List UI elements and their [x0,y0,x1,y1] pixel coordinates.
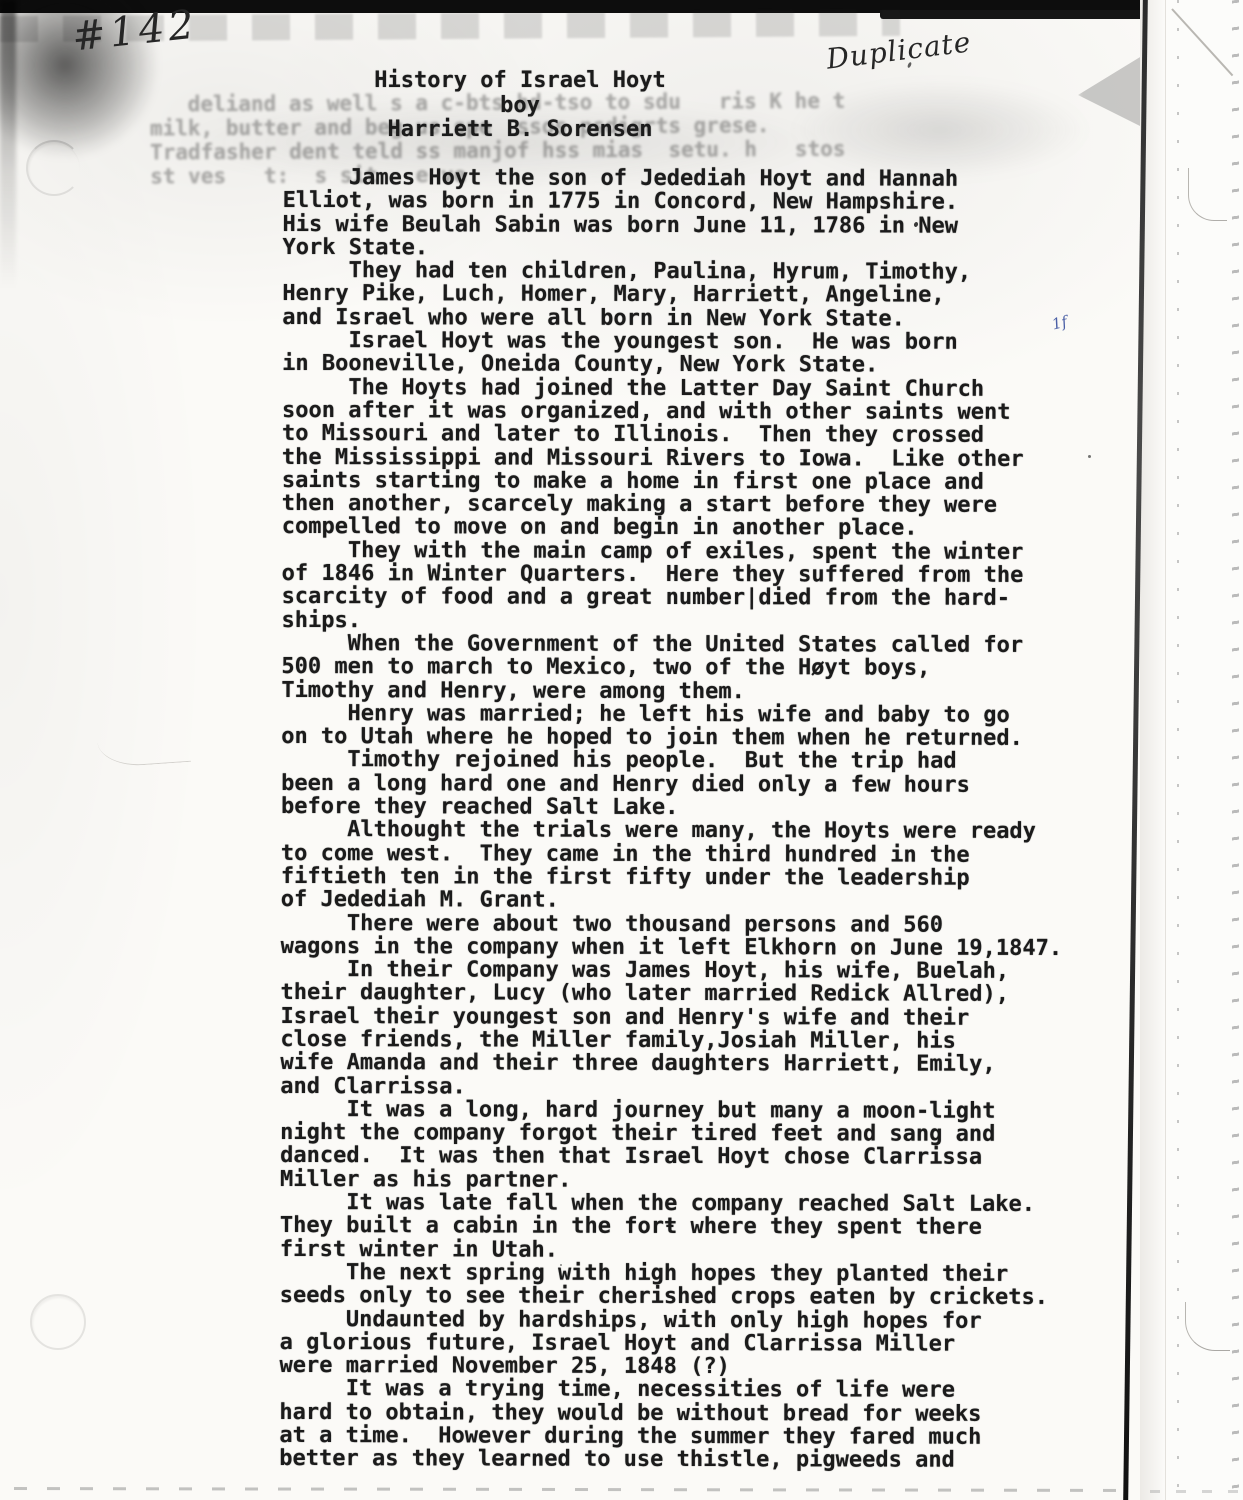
ink-speck [560,1264,562,1266]
bottom-dashed-line [14,1487,1134,1492]
hole-punch-mark [26,140,82,196]
typed-paragraph: There were about two thousand persons an… [281,911,1081,960]
typed-paragraph: It was late fall when the company reache… [280,1191,1080,1263]
document-byline: boy [280,94,760,119]
perforation-dots [1177,0,1179,1500]
typed-paragraph: It was a long, hard journey but many a m… [280,1098,1080,1193]
typed-paragraph: They had ten children, Paulina, Hyrum, T… [282,259,1082,331]
typed-paragraph: It was a trying time, necessities of lif… [279,1377,1079,1472]
typed-paragraph: James Hoyt the son of Jedediah Hoyt and … [282,166,1082,261]
typed-paragraph: They with the main camp of exiles, spent… [281,539,1081,634]
typed-paragraph: The Hoyts had joined the Latter Day Sain… [282,376,1082,541]
typed-paragraph: The next spring with high hopes they pla… [280,1261,1080,1310]
sheet-edge-line [1165,0,1166,1500]
crease-mark [97,729,191,768]
scanner-edge-bar-right [880,10,1155,19]
typed-paragraph: Israel Hoyt was the youngest son. He was… [282,329,1082,378]
scanned-document-page: deliand as well s a c-bts hd-tso to sdu … [0,0,1243,1500]
typed-paragraph: In their Company was James Hoyt, his wif… [280,958,1080,1100]
perforation-ticks [1232,0,1239,1500]
typed-paragraph: Undaunted by hardships, with only high h… [280,1307,1080,1379]
scan-left-smudge [0,0,16,290]
bottom-dashed-line [1150,1490,1243,1493]
document-author: Harriett B. Sorensen [280,118,760,143]
typed-paragraph: When the Government of the United States… [281,632,1081,704]
hole-punch-mark [30,1294,86,1350]
typed-paragraph: Althought the trials were many, the Hoyt… [281,818,1081,913]
document-body: James Hoyt the son of Jedediah Hoyt and … [279,166,1082,1473]
ink-speck [1088,455,1091,458]
document-title-block: History of Israel Hoyt boy Harriett B. S… [280,69,760,143]
document-title: History of Israel Hoyt [280,69,760,94]
adjacent-sheet [1140,0,1243,1500]
typed-paragraph: Henry was married; he left his wife and … [281,702,1081,751]
typed-paragraph: Timothy rejoined his people. But the tri… [281,748,1081,820]
